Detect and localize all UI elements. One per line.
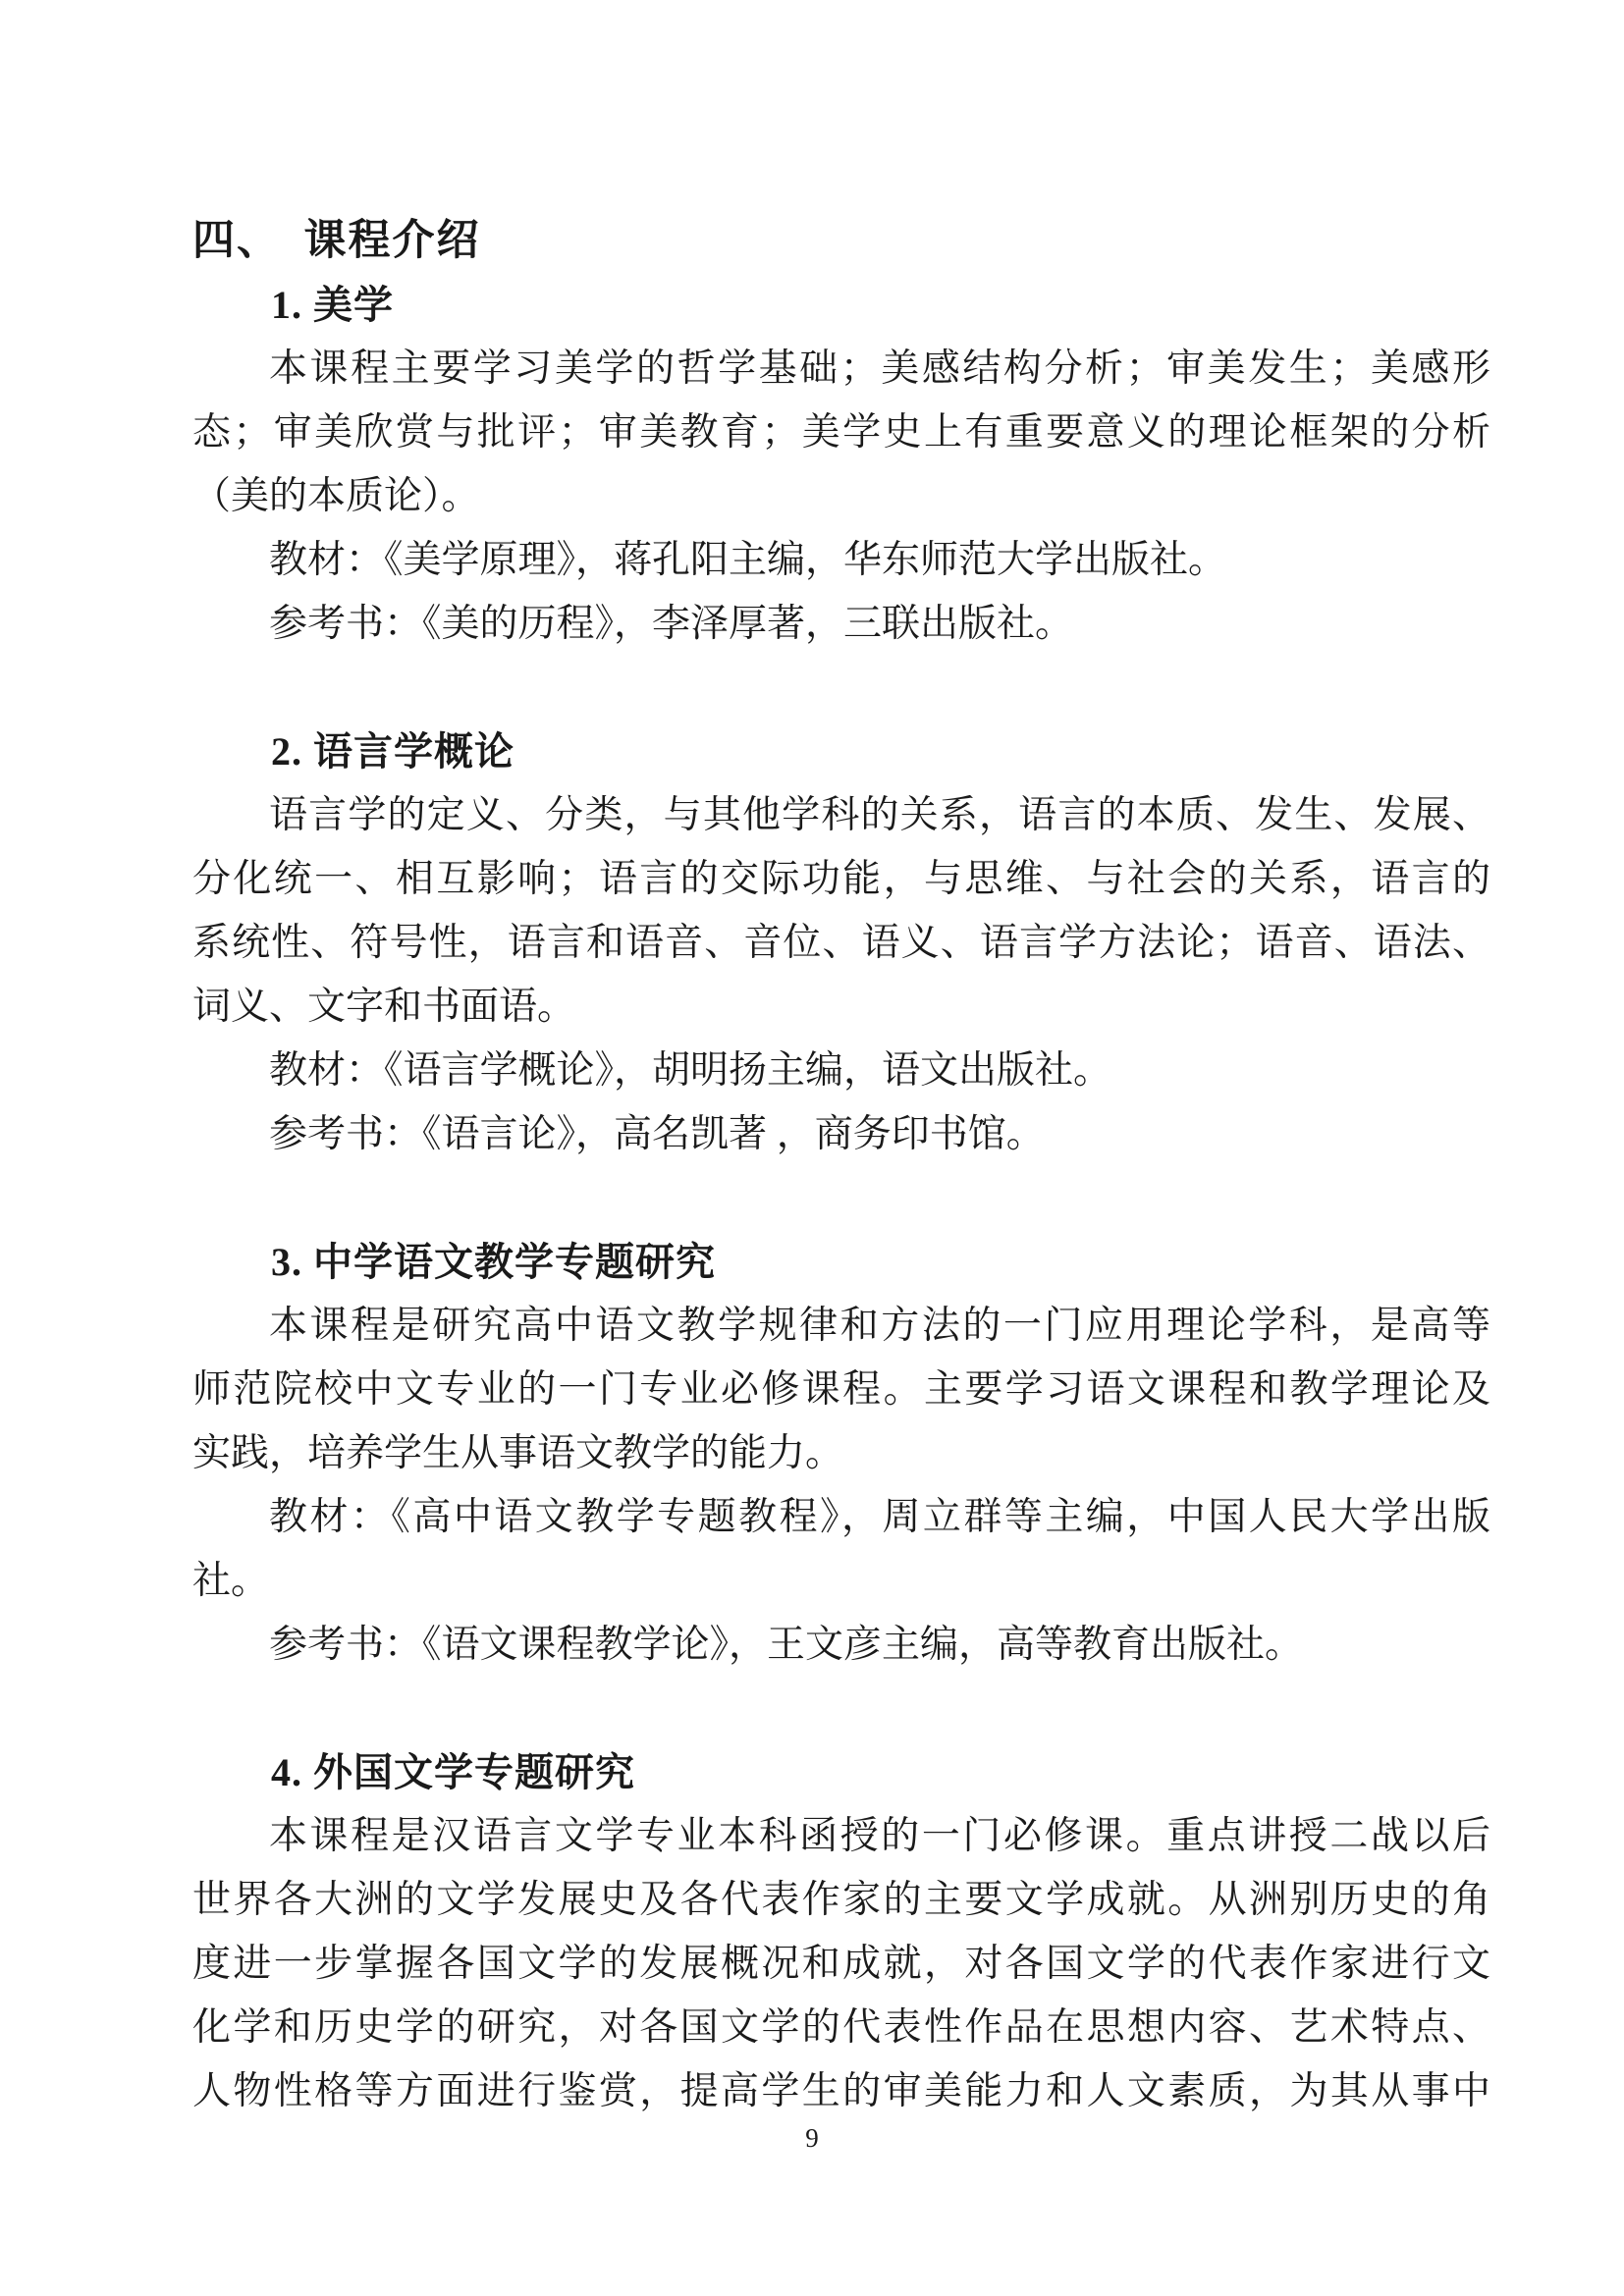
document-heading: 四、 课程介绍 [192, 208, 1490, 273]
textbook-line: 教材：《高中语文教学专题教程》，周立群等主编，中国人民大学出版 [192, 1485, 1490, 1549]
course-title: 3. 中学语文教学专题研究 [192, 1230, 1490, 1294]
course-title: 2. 语言学概论 [192, 720, 1490, 783]
course-section-linguistics: 2. 语言学概论 语言学的定义、分类，与其他学科的关系，语言的本质、发生、发展、… [192, 720, 1490, 1166]
page-number: 9 [0, 2120, 1624, 2156]
paragraph-line: （美的本质论）。 [192, 464, 1490, 528]
document-page: 四、 课程介绍 1. 美学 本课程主要学习美学的哲学基础；美感结构分析；审美发生… [0, 0, 1624, 2296]
course-section-aesthetics: 1. 美学 本课程主要学习美学的哲学基础；美感结构分析；审美发生；美感形 态；审… [192, 273, 1490, 656]
textbook-line: 教材：《美学原理》，蒋孔阳主编，华东师范大学出版社。 [192, 528, 1490, 592]
paragraph-line: 本课程是汉语言文学专业本科函授的一门必修课。重点讲授二战以后 [192, 1804, 1490, 1868]
document-content: 四、 课程介绍 1. 美学 本课程主要学习美学的哲学基础；美感结构分析；审美发生… [192, 208, 1490, 2123]
textbook-line: 社。 [192, 1549, 1490, 1613]
paragraph-line: 语言学的定义、分类，与其他学科的关系，语言的本质、发生、发展、 [192, 783, 1490, 847]
reference-line: 参考书：《美的历程》，李泽厚著，三联出版社。 [192, 592, 1490, 656]
reference-line: 参考书：《语言论》，高名凯著 ，商务印书馆。 [192, 1102, 1490, 1166]
reference-line: 参考书：《语文课程教学论》，王文彦主编，高等教育出版社。 [192, 1613, 1490, 1677]
paragraph-line: 化学和历史学的研究，对各国文学的代表性作品在思想内容、艺术特点、 [192, 1996, 1490, 2059]
paragraph-line: 世界各大洲的文学发展史及各代表作家的主要文学成就。从洲别历史的角 [192, 1868, 1490, 1932]
paragraph-line: 系统性、符号性，语言和语音、音位、语义、语言学方法论；语音、语法、 [192, 911, 1490, 975]
paragraph-line: 本课程主要学习美学的哲学基础；美感结构分析；审美发生；美感形 [192, 337, 1490, 400]
paragraph-line: 实践，培养学生从事语文教学的能力。 [192, 1421, 1490, 1485]
course-title: 1. 美学 [192, 273, 1490, 337]
paragraph-line: 度进一步掌握各国文学的发展概况和成就，对各国文学的代表作家进行文 [192, 1932, 1490, 1996]
paragraph-line: 人物性格等方面进行鉴赏，提高学生的审美能力和人文素质，为其从事中 [192, 2059, 1490, 2123]
course-section-foreign-literature: 4. 外国文学专题研究 本课程是汉语言文学专业本科函授的一门必修课。重点讲授二战… [192, 1740, 1490, 2123]
paragraph-line: 本课程是研究高中语文教学规律和方法的一门应用理论学科，是高等 [192, 1294, 1490, 1358]
paragraph-line: 师范院校中文专业的一门专业必修课程。主要学习语文课程和教学理论及 [192, 1358, 1490, 1421]
textbook-line: 教材：《语言学概论》，胡明扬主编，语文出版社。 [192, 1039, 1490, 1102]
paragraph-line: 态；审美欣赏与批评；审美教育；美学史上有重要意义的理论框架的分析 [192, 400, 1490, 464]
paragraph-line: 分化统一、相互影响；语言的交际功能，与思维、与社会的关系，语言的 [192, 847, 1490, 911]
course-section-chinese-teaching: 3. 中学语文教学专题研究 本课程是研究高中语文教学规律和方法的一门应用理论学科… [192, 1230, 1490, 1677]
paragraph-line: 词义、文字和书面语。 [192, 975, 1490, 1039]
course-title: 4. 外国文学专题研究 [192, 1740, 1490, 1804]
